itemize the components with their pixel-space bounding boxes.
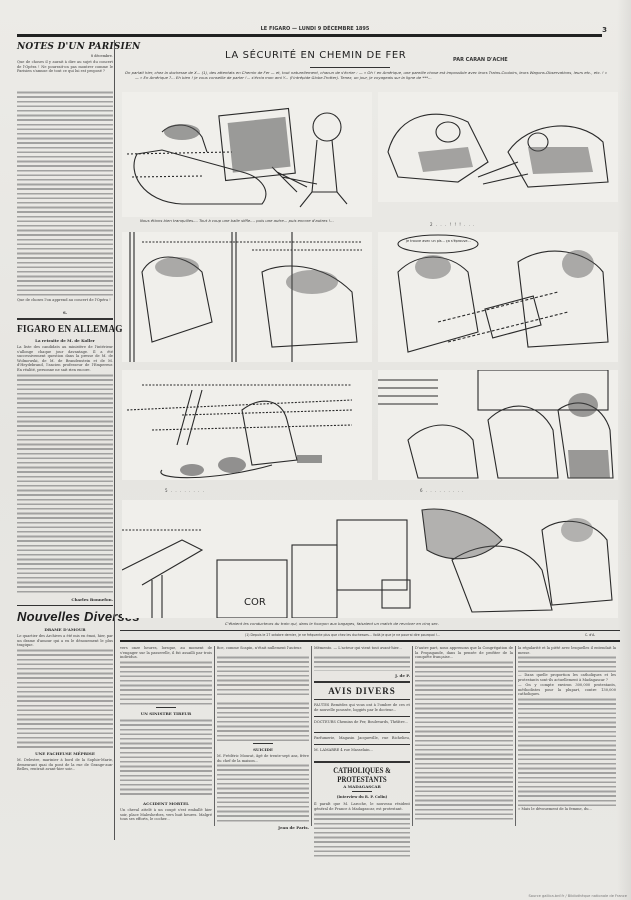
divider: [314, 699, 410, 700]
col1-closing: Un cheval attelé à un coupé s'est emball…: [120, 808, 212, 822]
divider: [156, 707, 176, 708]
nouvelles-opening: Le quartier des Archives a été mis en ém…: [17, 634, 113, 648]
catho-body: [314, 812, 410, 857]
cartoon-panel-3: [122, 232, 372, 362]
nouvelles-subhead-2: UNE FACHEUSE MÉPRISE: [17, 751, 113, 756]
col5-body: [518, 655, 616, 673]
notes-closing: Que de choses l'on apprend au concert de…: [17, 298, 113, 308]
source-credit: Source gallica.bnf.fr / Bibliothèque nat…: [529, 894, 627, 898]
col1-subhead-2: ACCIDENT MORTEL: [120, 801, 212, 806]
panel-7-illustration: COR: [122, 500, 618, 618]
col2-body-3: [217, 763, 309, 823]
bottom-column-4: D'autre part, nous apprenons que la Cong…: [415, 646, 513, 820]
col5-body-2: [518, 697, 616, 807]
cartoon-intro: On parlait hier, chez la duchesse de X..…: [125, 70, 615, 80]
col5-answer: — On y compte environ 300,000 protestant…: [518, 683, 616, 697]
divider: [314, 716, 410, 717]
cartoon-panel-2: [378, 92, 618, 202]
bottom-column-2: fice, comme Scapin, n'était nullement l'…: [217, 646, 309, 832]
col3-opening: Mémento. — L'acteur qui vient tout avant…: [314, 646, 410, 655]
crate-label: COR: [244, 597, 266, 608]
cartoon-title: LA SÉCURITÉ EN CHEMIN DE FER: [225, 50, 406, 61]
notes-opening: Que de choses il y aurait à dire au suje…: [17, 60, 113, 90]
col2-body-2: [217, 701, 309, 741]
avis-item-2: DOCTEURS Chemins de Fer, Boulevards, Thé…: [314, 720, 410, 729]
avis-divers-title: AVIS DIVERS: [314, 686, 410, 696]
cartoon-signature: C. d'A.: [585, 633, 595, 637]
panel-7-caption: C'étaient les conducteurs du train qui, …: [225, 621, 439, 626]
column-rule: [114, 40, 115, 840]
cartoon-panel-5: [122, 370, 372, 480]
col2-signature: Jean de Paris.: [217, 825, 309, 830]
col5-closing: « Mais le dévouement de la femme, du...: [518, 807, 616, 812]
avis-item-3: Parfumerie, Magasin Jacqueville, rue Ric…: [314, 736, 410, 741]
section-divider: [17, 318, 113, 320]
bottom-column-1: vers onze heures, lorsque, au moment de …: [120, 646, 212, 822]
nouvelles-body: [17, 648, 113, 748]
col1-body-2: [120, 718, 212, 798]
left-column: NOTES D'UN PARISIEN 8 décembre. Que de c…: [17, 40, 113, 870]
allemagne-subhead: La retraite de M. de Koller: [17, 338, 113, 343]
masthead-rule: [17, 34, 602, 37]
col1-opening: vers onze heures, lorsque, au moment de …: [120, 646, 212, 660]
col5-question: — Dans quelle proportion les catholiques…: [518, 673, 616, 683]
nouvelles-subhead: DRAME D'AMOUR: [17, 627, 113, 632]
col4-opening: D'autre part, nous apprenons que la Cong…: [415, 646, 513, 660]
col1-body: [120, 660, 212, 705]
col3-signature: J. de P.: [314, 673, 410, 678]
cartoon-panel-1: [122, 92, 372, 217]
avis-item-1: FAUTES Remèdes qui vous ont à l'ombre de…: [314, 703, 410, 713]
column-rule: [311, 646, 312, 826]
panel-1-illustration: [122, 92, 372, 217]
cartoon-panel-6: [378, 370, 618, 480]
panel-5-label: 5 . . . . . . . .: [165, 488, 205, 493]
intro-line-2: — « En Amérique ?... Eh bien ! je vous c…: [135, 75, 615, 80]
masthead-text: LE FIGARO — LUNDI 9 DÉCEMBRE 1895: [261, 26, 370, 32]
divider: [253, 743, 273, 744]
notes-dateline: 8 décembre.: [17, 54, 113, 58]
panel-6-label: 6 . . . . . . . . .: [420, 488, 464, 493]
cartoon-footnote: (1) Depuis le 27 octobre dernier, je ne …: [245, 633, 440, 637]
panel-2-label: 2 . . . ! ! ! . . .: [430, 222, 475, 227]
nouvelles-closing: M. Delestre, marinier à bord de la Sophi…: [17, 758, 113, 772]
interview-label: (Interview du R. P. Colin): [314, 795, 410, 799]
col2-body: [217, 655, 309, 695]
scan-edge: [617, 0, 631, 900]
title-underline: [310, 67, 390, 68]
nouvelles-title: Nouvelles Diverses: [17, 609, 113, 624]
notes-title: NOTES D'UN PARISIEN: [17, 42, 113, 52]
cartoon-byline: PAR CARAN D'ACHE: [453, 57, 508, 63]
divider: [314, 744, 410, 745]
panel-1-caption: Nous étions bien tranquilles.... Tout à …: [140, 218, 334, 223]
divider: [352, 791, 372, 792]
col3-body: [314, 655, 410, 671]
cartoon-panel-7: COR: [122, 500, 618, 618]
panel-4-illustration: [378, 232, 618, 362]
page-number: 3: [602, 26, 607, 34]
column-rule: [214, 646, 215, 826]
avis-item-4: M. LAMARRE 4 rue Masselain...: [314, 748, 410, 758]
allemagne-title: FIGARO EN ALLEMAGNE: [17, 323, 99, 335]
col2-subhead: SUICIDE: [217, 747, 309, 752]
notes-body: [17, 90, 113, 298]
col2-closing: M. Frédéric Mourat, âgé de trente-sept a…: [217, 754, 309, 763]
catho-opening: Il paraît que M. Laroche, le nouveau rés…: [314, 802, 410, 812]
masthead: LE FIGARO — LUNDI 9 DÉCEMBRE 1895 3: [15, 26, 615, 40]
section-rule: [120, 640, 620, 642]
bottom-column-5: la régularité et la piété avec lesquelle…: [518, 646, 616, 812]
allemagne-signature: Charles Bonnefon.: [17, 597, 113, 602]
panel-5-illustration: [122, 370, 372, 480]
newspaper-page: LE FIGARO — LUNDI 9 DÉCEMBRE 1895 3 NOTE…: [0, 0, 631, 900]
panel-4-speech-bubble: Je trouve avec un pis... ça s'éprouve...: [406, 239, 471, 243]
divider: [314, 681, 410, 683]
catholiques-title: CATHOLIQUES & PROTESTANTS: [324, 766, 401, 784]
notes-signature: S.: [17, 310, 113, 315]
column-rule: [515, 646, 516, 826]
divider: [314, 732, 410, 733]
divider: [314, 761, 410, 763]
col5-opening: la régularité et la piété avec lesquelle…: [518, 646, 616, 655]
allemagne-opening: La liste des candidats au ministère de l…: [17, 345, 113, 373]
footnote-rule: [120, 630, 620, 631]
panel-3-illustration: [122, 232, 372, 362]
panel-6-illustration: [378, 370, 618, 480]
bottom-column-3: Mémento. — L'acteur qui vient tout avant…: [314, 646, 410, 857]
col1-subhead: UN SINISTRE TIREUR: [120, 711, 212, 716]
catholiques-subtitle: A MADAGASCAR: [314, 784, 410, 789]
allemagne-body: [17, 373, 113, 595]
cartoon-panel-4: Je trouve avec un pis... ça s'éprouve...: [378, 232, 618, 362]
col4-body: [415, 660, 513, 820]
section-divider: [17, 605, 113, 606]
panel-2-illustration: [378, 92, 618, 202]
col2-opening: fice, comme Scapin, n'était nullement l'…: [217, 646, 309, 655]
column-rule: [412, 646, 413, 826]
